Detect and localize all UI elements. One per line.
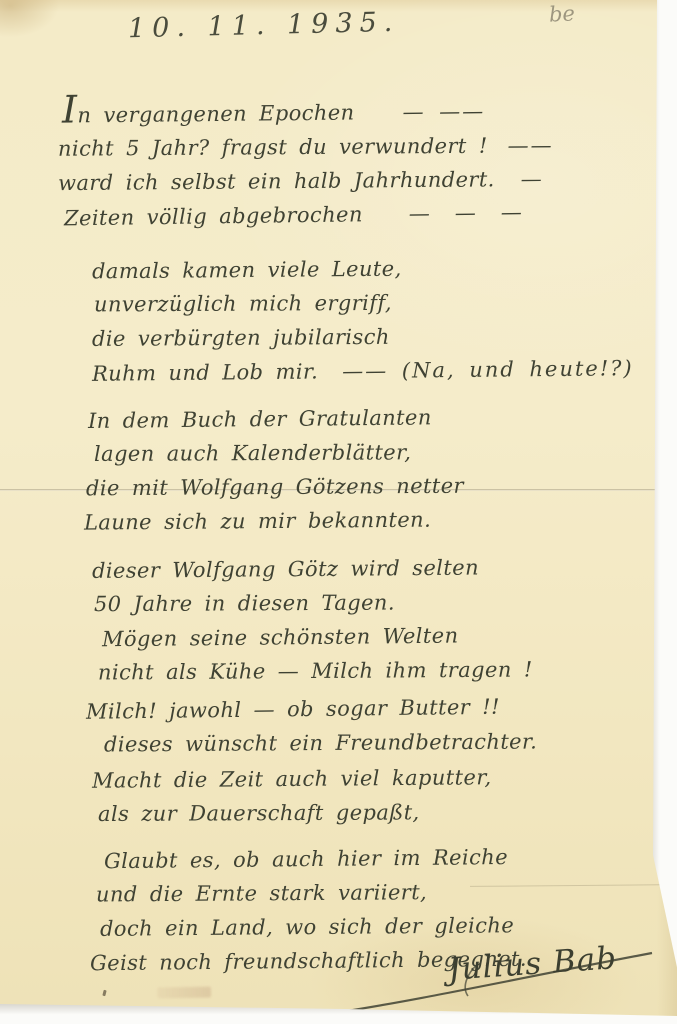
stanza-2: damals kamen viele Leute, unverzüglich m… [92, 252, 634, 388]
poem-line: Macht die Zeit auch viel kaputter, [92, 760, 492, 797]
poem-line: In dem Buch der Gratulanten [88, 400, 464, 438]
faint-pencil-smudge [157, 987, 211, 999]
poem-line: Laune sich zu mir bekannten. [84, 502, 464, 539]
poem-line: die verbürgten jubilarisch [92, 318, 634, 356]
stanza-5: Milch! jawohl — ob sogar Butter !! diese… [86, 692, 537, 760]
stanza-1: In vergangenen Epochen— —— nicht 5 Jahr?… [58, 96, 554, 232]
stanza-3: In dem Buch der Gratulanten lagen auch K… [80, 402, 464, 538]
poem-line: Glaubt es, ob auch hier im Reiche [104, 840, 527, 878]
poem-line: nicht als Kühe — Milch ihm tragen ! [98, 652, 533, 689]
poem-line: die mit Wolfgang Götzens netter [86, 469, 464, 506]
poem-line: ward ich selbst ein halb Jahrhundert.— [58, 162, 554, 200]
scanned-manuscript: 10. 11. 1935. be In vergangenen Epochen—… [0, 0, 677, 1024]
pencil-annotation: be [548, 1, 575, 26]
poem-line: dieses wünscht ein Freundbetrachter. [104, 724, 537, 761]
poem-line: In vergangenen Epochen— —— [62, 93, 554, 132]
poem-line: Milch! jawohl — ob sogar Butter !! [86, 689, 538, 729]
poem-line: damals kamen viele Leute, [92, 250, 634, 289]
poem-line: als zur Dauerschaft gepaßt, [98, 795, 492, 831]
poem-line: 50 Jahre in diesen Tagen. [94, 585, 533, 621]
stanza-6: Macht die Zeit auch viel kaputter, als z… [92, 762, 491, 830]
date-heading: 10. 11. 1935. [128, 7, 400, 45]
poem-line: nicht 5 Jahr? fragst du verwundert !—— [58, 128, 554, 165]
poem-line: dieser Wolfgang Götz wird selten [92, 550, 533, 588]
poem-line: lagen auch Kalenderblätter, [94, 435, 464, 471]
poem-line: Zeiten völlig abgebrochen— — — [64, 195, 554, 236]
stanza-4: dieser Wolfgang Götz wird selten 50 Jahr… [92, 552, 533, 688]
manuscript-page: 10. 11. 1935. be In vergangenen Epochen—… [0, 0, 677, 1024]
poem-line: und die Ernte stark variiert, [96, 874, 527, 911]
ink-speck [102, 990, 106, 997]
poem-line: Ruhm und Lob mir.—— (Na, und heute!?) [92, 351, 634, 391]
poem-line: doch ein Land, wo sich der gleiche [100, 908, 527, 946]
poem-line: unverzüglich mich ergriff, [94, 285, 634, 322]
poem-line: Mögen seine schönsten Welten [102, 618, 533, 657]
